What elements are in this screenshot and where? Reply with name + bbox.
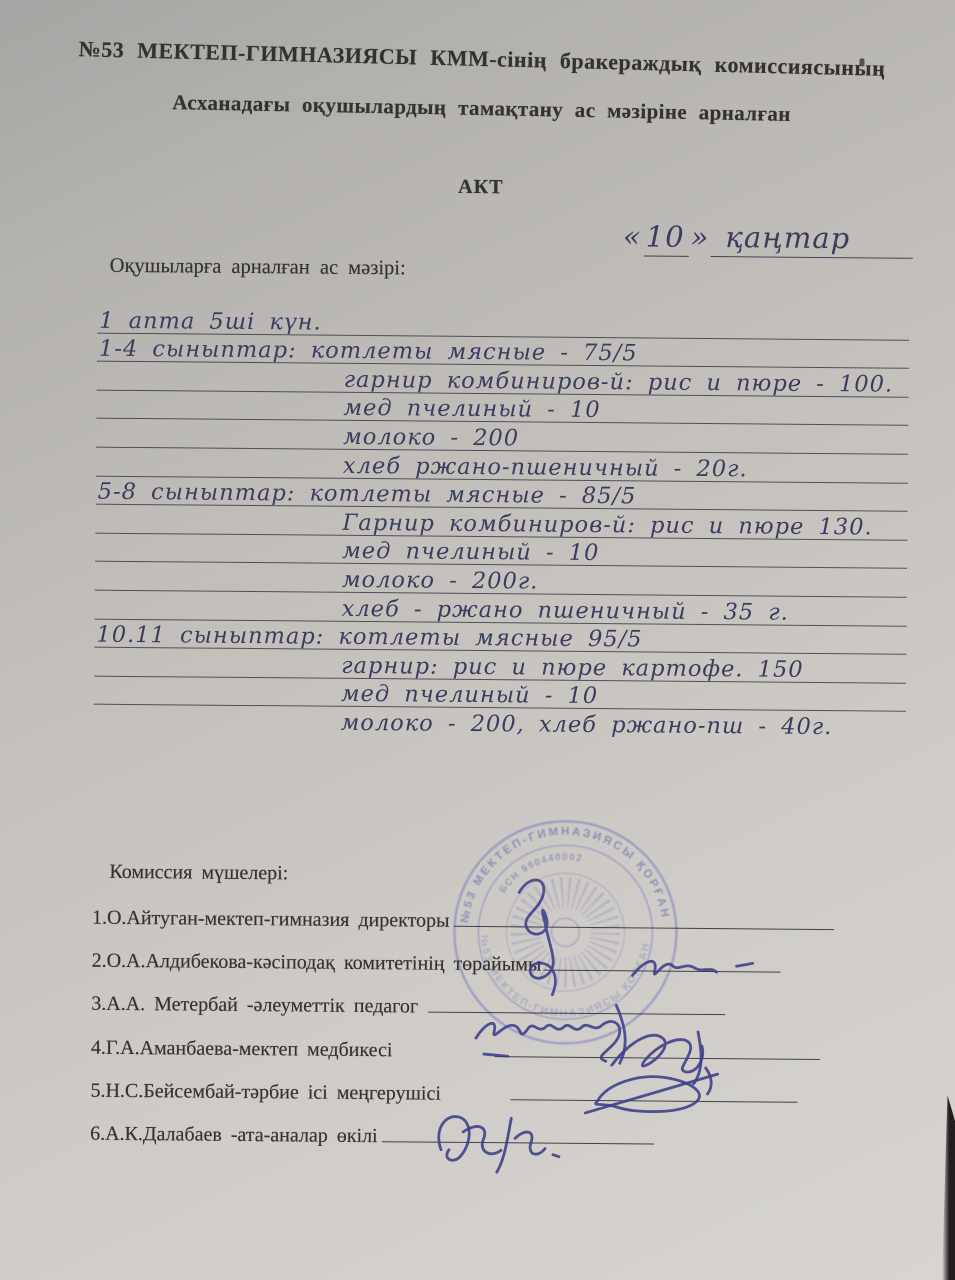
scanned-document: №53 МЕКТЕП-ГИМНАЗИЯСЫ КММ-сінің бракераж… (0, 0, 955, 1280)
handwritten-menu: 1 апта 5ші күн. 1-4 сыныптар: котлеты мя… (94, 305, 910, 740)
date-close-quote: » (688, 220, 711, 254)
menu-line-text: мед пчелиный - 10 (343, 395, 600, 423)
photo-speck (859, 58, 864, 66)
signature-member-6 (413, 1099, 582, 1178)
member-name: 4.Г.А.Аманбаева-мектеп медбикесі (91, 1036, 393, 1062)
menu-line-text: мед пчелиный - 10 (342, 538, 599, 566)
menu-line-text: молоко - 200, хлеб ржано-пш - 40г. (341, 710, 833, 740)
signature-member-5 (573, 1059, 732, 1124)
menu-line-text: 1 апта 5ші күн. (99, 307, 322, 335)
menu-line-text: молоко - 200г. (342, 567, 539, 595)
member-name: 1.О.Айтуган-мектеп-гимназия директоры (92, 907, 450, 933)
menu-line-text: мед пчелиный - 10 (341, 681, 598, 709)
menu-line-text: хлеб ржано-пшеничный - 20г. (343, 452, 748, 482)
document-header-line1: №53 МЕКТЕП-ГИМНАЗИЯСЫ КММ-сінің бракераж… (4, 34, 955, 83)
handwritten-date: «10» қаңтар (621, 219, 913, 259)
member-name: 5.Н.С.Бейсембай-тәрбие ісі меңгерушісі (90, 1079, 441, 1105)
act-title: АКТ (3, 172, 955, 203)
menu-line-text: молоко - 200 (343, 424, 519, 452)
member-name: 3.А.А. Метербай -әлеуметтік педагог (91, 993, 418, 1019)
menu-intro-label: Оқушыларға арналған ас мәзірі: (110, 255, 406, 281)
menu-line-text: хлеб - ржано пшеничный - 35 г. (342, 595, 789, 625)
document-header-line2: Асханадағы оқушылардың тамақтану ас мәзі… (4, 87, 955, 130)
menu-line-text: гарнир: рис и пюре картофе. 150 (341, 653, 804, 683)
date-month: қаңтар (711, 220, 913, 259)
member-name: 6.А.К.Далабаев -ата-аналар өкілі (90, 1123, 378, 1149)
member-name: 2.О.А.Алдибекова-кәсіподақ комитетінің т… (92, 950, 542, 977)
menu-line: молоко - 200, хлеб ржано-пш - 40г. (94, 705, 906, 740)
date-day: 10 (644, 219, 689, 256)
date-open-quote: « (621, 219, 644, 253)
commission-label: Комиссия мүшелері: (109, 861, 288, 886)
